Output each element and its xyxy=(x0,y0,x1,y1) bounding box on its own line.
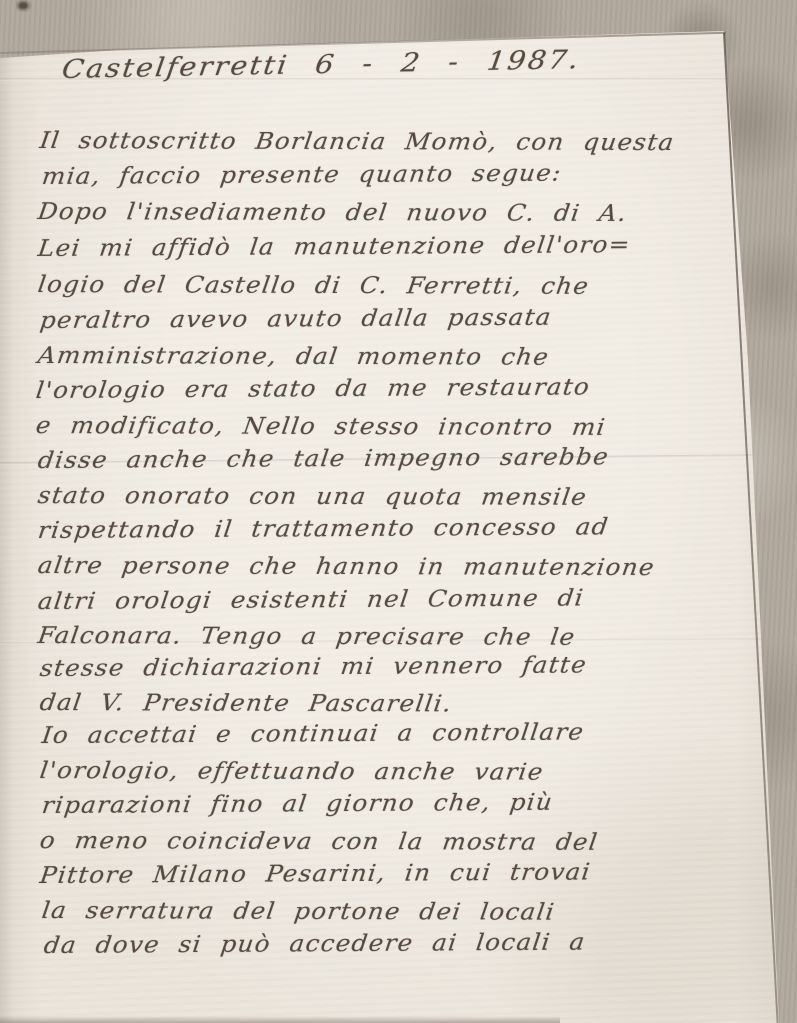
handwriting-line: stesse dichiarazioni mi vennero fatte xyxy=(38,652,588,682)
date-line: Castelferretti 6 - 2 - 1987. xyxy=(60,45,582,85)
handwriting-line: l'orologio era stato da me restaurato xyxy=(34,374,591,404)
handwriting-line: logio del Castello di C. Ferretti, che xyxy=(36,272,591,300)
handwriting-line: peraltro avevo avuto dalla passata xyxy=(38,305,553,334)
handwriting-line: Dopo l'insediamento del nuovo C. di A. xyxy=(36,199,629,227)
handwriting-line: altre persone che hanno in manutenzione xyxy=(36,553,656,581)
letter-page: Castelferretti 6 - 2 - 1987. Il sottoscr… xyxy=(0,0,797,1023)
handwriting-line: Lei mi affidò la manutenzione dell'oro= xyxy=(36,232,632,262)
handwriting-line: disse anche che tale impegno sarebbe xyxy=(36,444,610,474)
bottom-edge-shadow xyxy=(0,1016,560,1023)
handwriting-line: Falconara. Tengo a precisare che le xyxy=(36,623,577,651)
handwriting-line: riparazioni fino al giorno che, più xyxy=(40,790,554,819)
handwriting-line: Io accettai e continuai a controllare xyxy=(40,719,585,749)
handwriting-line: rispettando il trattamento concesso ad xyxy=(36,514,610,544)
corner-ink-speck xyxy=(16,0,34,14)
handwriting-line: Il sottoscritto Borlancia Momò, con ques… xyxy=(38,128,676,156)
handwriting-line: altri orologi esistenti nel Comune di xyxy=(36,585,585,615)
handwriting-line: da dove si può accedere ai locali a xyxy=(42,929,587,959)
handwriting-line: la serratura del portone dei locali xyxy=(40,898,556,926)
handwriting-line: o meno coincideva con la mostra del xyxy=(38,828,599,856)
handwriting-line: e modificato, Nello stesso incontro mi xyxy=(34,413,607,441)
handwriting-line: stato onorato con una quota mensile xyxy=(36,483,589,511)
handwriting-line: Pittore Milano Pesarini, in cui trovai xyxy=(38,859,592,889)
handwriting-line: Amministrazione, dal momento che xyxy=(36,343,551,371)
handwriting-line: l'orologio, effettuando anche varie xyxy=(38,758,545,786)
handwriting-line: mia, faccio presente quanto segue: xyxy=(40,161,563,190)
handwriting-line: dal V. Presidente Pascarelli. xyxy=(38,690,454,717)
